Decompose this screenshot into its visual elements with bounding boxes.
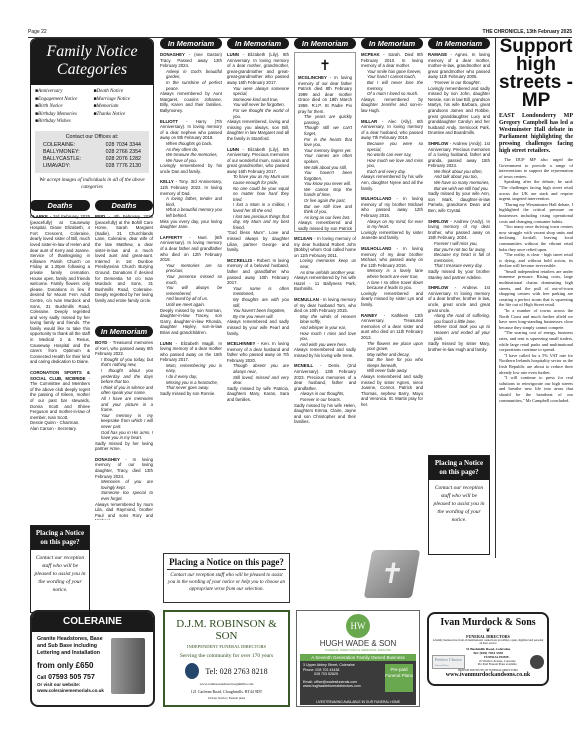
notice-clarke: CLARKE - 3rd February 2025 (peacefully) …: [30, 214, 90, 365]
in-memoriam-header-4: In Memoriam: [227, 38, 289, 49]
ad-djm-robinson: D.J.M. ROBINSON & SON INDEPENDENT FUNERA…: [163, 610, 290, 707]
notice-mcglinchey: MCGLINCHEY - In loving memory of our dea…: [295, 73, 355, 231]
memoriam-column-7: RAMAGE - Agnes. In loving memory of a de…: [428, 52, 490, 447]
family-notice-categories-box: Family NoticeCategories Anniversary Deat…: [30, 38, 154, 218]
page-header: Page 22 THE CHRONICLE, 13th February 202…: [28, 28, 572, 38]
office-row: LIMAVADY:028 7776 2130: [43, 163, 141, 170]
placing-notice-box-wide: Placing a Notice on this page? Contact o…: [163, 553, 290, 603]
notice-lafferty: LAFFERTY - Noel. (6th Anniversary). In l…: [160, 235, 222, 336]
notice-shirlow-2: SHIRLOW - Andrew (Andy). In loving memor…: [428, 219, 490, 281]
notice-lunn-1: LUNN - Elizabeth (Lily). 8th Anniversary…: [227, 52, 289, 142]
notice-donaghey-1: DONAGHEY - (nee Gaston) Tracy. Passed aw…: [160, 52, 222, 114]
in-memoriam-header-6: In Memoriam: [361, 38, 423, 49]
notice-mulholland-1: MULHOLLAND - In loving memory of my brot…: [361, 196, 423, 241]
category-item: Anniversary: [35, 88, 91, 96]
notice-mclean: MCLEAN - In loving memory of my dear hus…: [294, 236, 356, 292]
memoriam-column-2: BOYD - Treasured memories of Keri, who p…: [95, 340, 153, 520]
office-row: COLERAINE:028 7034 3344: [43, 142, 141, 149]
ad-hugh-wade: HW HUGH WADE & SON FUNERAL DIRECTORS & M…: [296, 610, 420, 707]
notice-mulholland-2: MULHOLLAND - In loving memory of my dear…: [361, 246, 423, 308]
notice-mcpeak: MCPEAK - Sarah. Died 8th February 2010. …: [361, 52, 423, 114]
accept-images-note: We accept images of individuals in all o…: [31, 175, 153, 193]
memorials-website[interactable]: www.colerainememorials.co.uk: [37, 688, 104, 693]
in-memoriam-header-3: In Memoriam: [160, 38, 222, 49]
category-item: Marriage Notice: [94, 96, 150, 104]
deaths-column-2: REID - 4th February 2025 (peacefully) at…: [95, 214, 153, 314]
bible-icon: ✝: [364, 550, 420, 598]
institute-crest-icon: [530, 655, 544, 669]
category-item: Engagement Notice: [35, 96, 91, 104]
mcglinchey-box: ✝ MCGLINCHEY - In loving memory of our d…: [294, 52, 356, 232]
notice-mcelhinney: MCELHINNEY - Ken. In loving memory of a …: [227, 341, 289, 403]
notice-ramage: RAMAGE - Agnes. In loving memory of a de…: [428, 52, 490, 136]
headstone-icon: [111, 638, 145, 694]
categories-list: Anniversary Death Notice Engagement Noti…: [31, 85, 153, 129]
page-number: Page 22: [28, 29, 47, 35]
placing-notice-box-left: Placing a Notice on this page? Contact o…: [30, 525, 90, 613]
in-memoriam-header-7: In Memoriam: [428, 38, 490, 49]
notice-millar: MILLAR - Alec (Ally). 6th Anniversary. I…: [361, 119, 423, 192]
news-story: Support high streets - MP EAST Londonder…: [495, 38, 573, 558]
notice-lunn-2: LUNN - Elizabeth Magill. In loving memor…: [160, 341, 222, 397]
crest-icon: [185, 663, 199, 679]
ad-coleraine-memorials: COLERAINE MEMORIALS Granite Headstones, …: [30, 610, 155, 707]
placing-notice-box-right: Placing a Notice on this page? Contact o…: [428, 455, 490, 555]
notice-coronation: CORONATION SPORTS & SOCIAL CLUB, MCBRIDE…: [30, 370, 90, 432]
in-memoriam-header-5: In Memoriam: [294, 38, 356, 49]
perfect-choice-logo: Perfect ChoiceFuneral Plans: [432, 655, 465, 669]
in-memoriam-header: In Memoriam: [95, 326, 153, 337]
category-item: Birthday Memories: [35, 111, 91, 119]
notice-lunn-3: LUNN - Elizabeth (Lily), 8th Anniversary…: [227, 147, 289, 253]
deaths-header-2: Deaths: [95, 200, 153, 211]
category-item: Birth Notice: [35, 103, 91, 111]
notice-reid: REID - 4th February 2025 (peacefully) at…: [95, 214, 153, 304]
ivan-website[interactable]: www.ivanmurdockandsons.co.uk: [429, 672, 547, 678]
ad-ivan-murdock: Ivan Murdock & Sons ❦ FUNERAL DIRECTORS …: [427, 612, 549, 686]
notice-mcmullan: MCMULLAN - In loving memory of my dear h…: [294, 297, 356, 359]
notice-kelly: KELLY - Tony. 3rd Anniversary, 11th Febr…: [160, 179, 222, 229]
deaths-column-1: CLARKE - 3rd February 2025 (peacefully) …: [30, 214, 90, 514]
notice-mcneill: MCNEILL - Denis. (2nd Anniversary). 13th…: [294, 363, 356, 425]
category-item: Death Notice: [94, 88, 150, 96]
masthead-date: THE CHRONICLE, 13th February 2025: [483, 29, 572, 35]
office-contacts: Contact our Offices at: COLERAINE:028 70…: [35, 131, 149, 173]
memoriam-column-5: MCLEAN - In loving memory of my dear hus…: [294, 236, 356, 546]
notice-boyd: BOYD - Treasured memories of Keri, who p…: [95, 340, 153, 452]
hw-logo-icon: HW: [346, 614, 370, 638]
notice-shirlow-1: SHIRLOW - Andrew (Andy). 1st Anniversary…: [428, 141, 490, 214]
story-body: The DUP MP also urged the Government to …: [499, 157, 573, 403]
office-row: BALLYCASTLE:028 2076 1282: [43, 156, 141, 163]
notice-shirlow-3: SHIRLOW - Andrew. 1st Anniversary. In lo…: [428, 285, 490, 352]
story-lead: EAST Londonderry MP Gregory Campbell has…: [499, 113, 573, 155]
memorials-phone: 07593 505 757: [48, 674, 95, 681]
memoriam-column-6: MCPEAK - Sarah. Died 8th February 2010. …: [361, 52, 423, 542]
category-item: Birthday Wishes: [35, 118, 91, 126]
cross-icon: ✝: [295, 53, 355, 73]
djm-phone: Tel: 028 2763 8218: [205, 667, 267, 676]
categories-title: Family NoticeCategories: [31, 39, 153, 85]
memoriam-column-4: LUNN - Elizabeth (Lily). 8th Anniversary…: [227, 52, 289, 547]
memoriam-column-3: DONAGHEY - (nee Gaston) Tracy. Passed aw…: [160, 52, 222, 547]
notice-rainey: RAINEY - Kathleen 13th Anniversary. Trea…: [361, 313, 423, 408]
notice-donaghey-2: DONAGHEY - In loving memory of our lovin…: [95, 457, 153, 520]
deaths-header: Deaths: [30, 200, 90, 211]
category-item: Thanks Notice: [94, 111, 150, 119]
office-row: BALLYMONEY:028 2766 2354: [43, 149, 141, 156]
story-headline: Support high streets - MP: [499, 38, 573, 110]
category-item: Memoriam: [94, 103, 150, 111]
notice-mccrellis: MCCRELLIS - Robert. In loving memory of …: [227, 258, 289, 336]
notice-elliott: ELLIOTT - Harry (7th Anniversary). In lo…: [160, 119, 222, 175]
prepaid-plans-badge: Pre-paid Funeral Plans: [385, 664, 413, 692]
